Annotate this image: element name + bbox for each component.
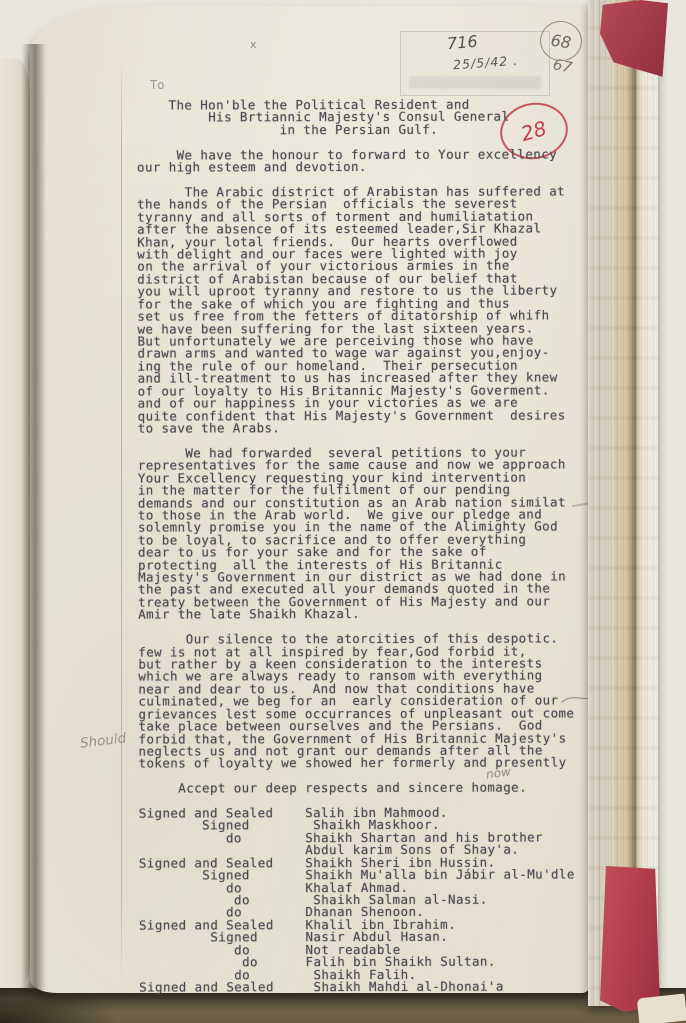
pencil-x-mark: x <box>250 38 257 51</box>
red-binding-bottom <box>600 866 660 1012</box>
bottom-right-paper <box>637 994 686 1023</box>
pencil-folio-number: 68 <box>550 30 573 52</box>
typed-to-label: To <box>150 78 164 92</box>
pencil-ref-number: 716 <box>446 32 478 54</box>
letter-text: The Hon'ble the Political Resident and H… <box>137 98 575 994</box>
page-fold-line <box>121 52 122 988</box>
scanned-book-photo: 716 25/5/42 . 68 67 28 To x The Hon'ble … <box>0 0 686 1023</box>
pencil-folio-previous: 67 <box>551 55 573 77</box>
gutter-shadow <box>22 44 46 990</box>
stamp-smudge <box>409 76 541 89</box>
page-edges-stack <box>588 0 658 1006</box>
